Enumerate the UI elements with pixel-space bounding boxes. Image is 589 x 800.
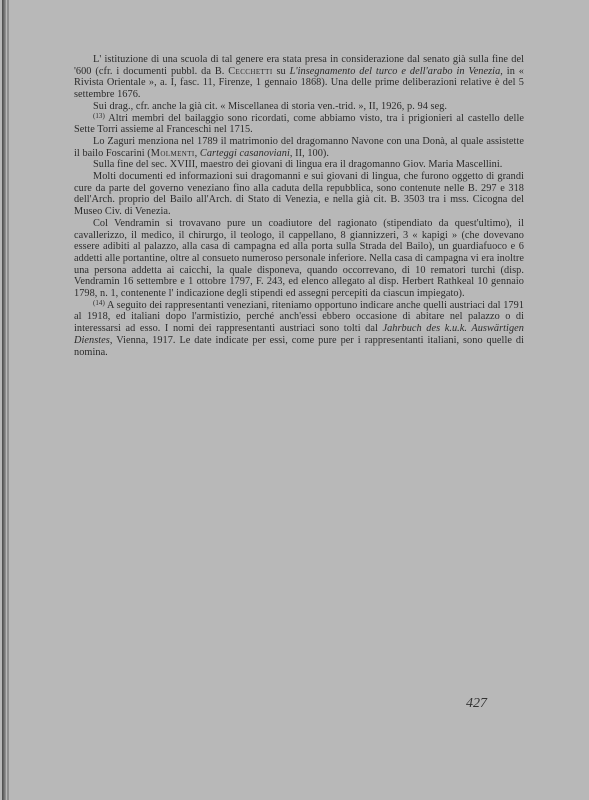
footnote-marker: (13)	[93, 112, 105, 120]
text-run: Molti documenti ed informazioni sui drag…	[74, 171, 524, 217]
text-run: , Vienna, 1917. Le date indicate per ess…	[74, 335, 524, 358]
paragraph: Sui drag., cfr. anche la già cit. « Misc…	[74, 101, 524, 113]
author-name: Molmenti	[151, 148, 195, 159]
text-run: , II, 100).	[290, 148, 329, 159]
author-name: Cecchetti	[228, 66, 272, 77]
page-binding-edge	[2, 0, 6, 800]
paragraph: L' istituzione di una scuola di tal gene…	[74, 54, 524, 101]
footnote-13: (13) Altri membri del bailaggio sono ric…	[74, 113, 524, 136]
footnote-14: (14) A seguito dei rappresentanti venezi…	[74, 300, 524, 359]
text-run: su	[273, 66, 290, 77]
italic-title: L'insegnamento del turco e dell'arabo in…	[290, 66, 501, 77]
paragraph: Molti documenti ed informazioni sui drag…	[74, 171, 524, 218]
page-binding-shadow	[7, 0, 9, 800]
paragraph: Lo Zaguri menziona nel 1789 il matrimoni…	[74, 136, 524, 159]
text-run: Sui drag., cfr. anche la già cit. « Misc…	[93, 101, 447, 112]
text-run: Altri membri del bailaggio sono ricordat…	[74, 113, 524, 136]
text-run: Col Vendramin si trovavano pure un coadi…	[74, 218, 524, 299]
italic-title: Carteggi casanoviani	[200, 148, 290, 159]
text-run: Sulla fine del sec. XVIII, maestro dei g…	[93, 159, 502, 170]
footnotes-text-block: L' istituzione di una scuola di tal gene…	[74, 54, 524, 358]
paragraph: Sulla fine del sec. XVIII, maestro dei g…	[74, 159, 524, 171]
footnote-marker: (14)	[93, 299, 105, 307]
paragraph: Col Vendramin si trovavano pure un coadi…	[74, 218, 524, 300]
page-number: 427	[466, 696, 487, 712]
